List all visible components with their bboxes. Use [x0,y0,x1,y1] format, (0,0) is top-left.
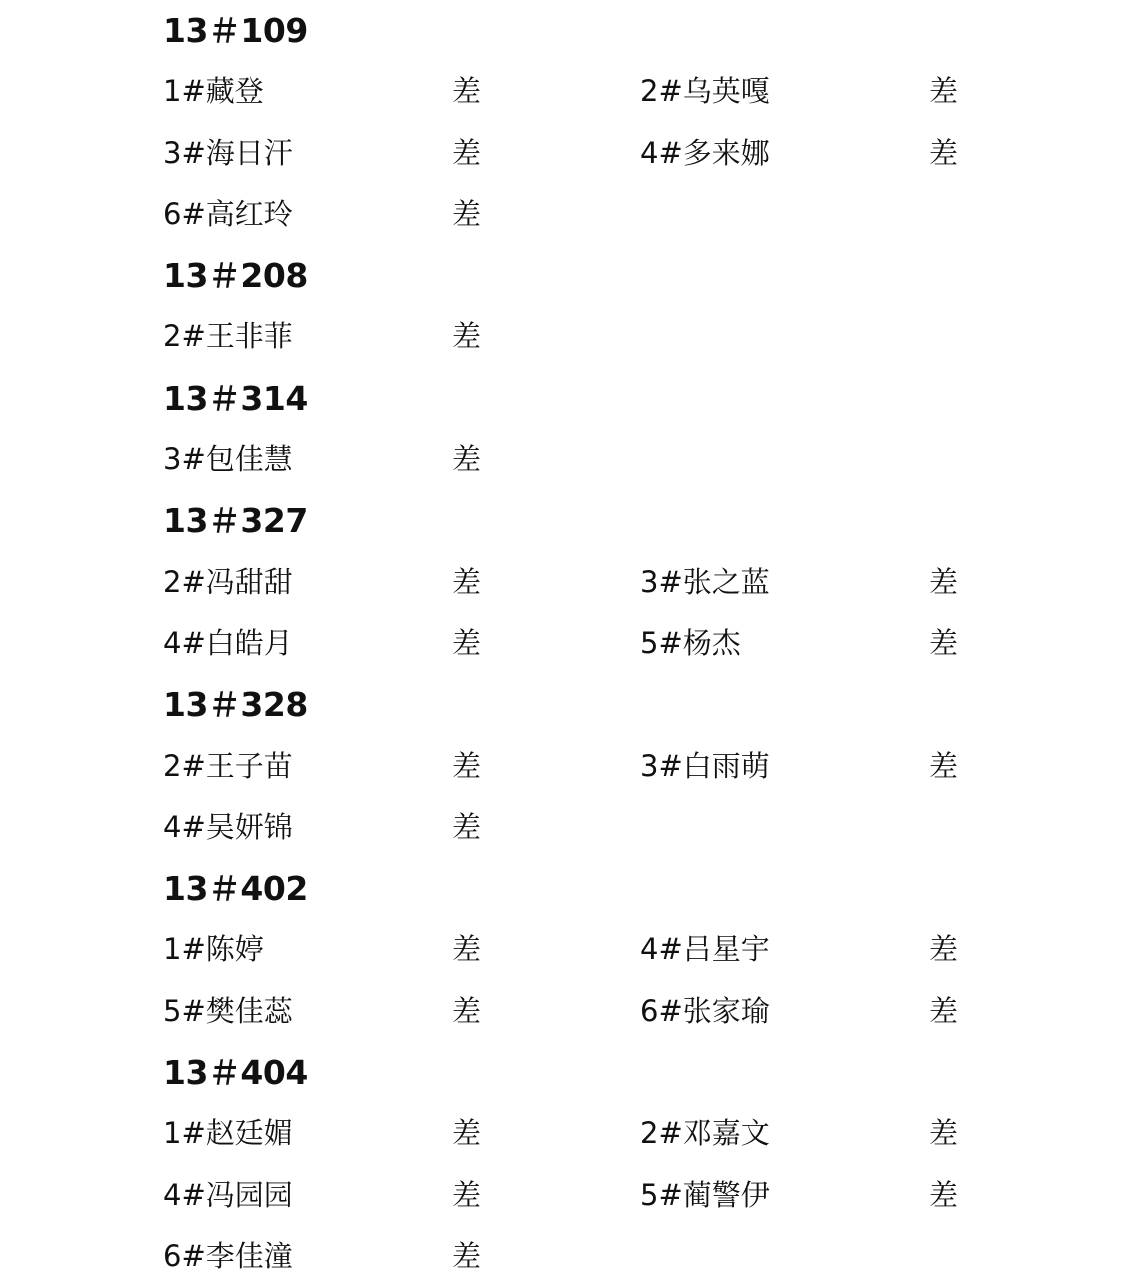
grade: 差 [452,184,481,245]
list-row: 1#赵廷媚 差 2#邓嘉文 差 [163,1103,1063,1164]
grade: 差 [452,981,481,1042]
grade: 差 [452,1226,481,1281]
grade: 差 [452,429,481,490]
list-row: 4#吴妍锦 差 [163,797,1063,858]
student-name: 2#乌英嘎 [640,61,770,122]
student-name: 4#多来娜 [640,123,770,184]
student-name: 2#邓嘉文 [640,1103,770,1164]
student-name: 3#白雨萌 [640,736,770,797]
list-row: 1#陈婷 差 4#吕星宇 差 [163,919,1063,980]
list-row: 2#王子苗 差 3#白雨萌 差 [163,736,1063,797]
grade: 差 [929,123,958,184]
grade: 差 [452,919,481,980]
room-heading: 13＃314 [163,368,1063,429]
grade: 差 [929,919,958,980]
student-name: 4#白皓月 [163,613,293,674]
list-row: 6#高红玲 差 [163,184,1063,245]
list-row: 4#白皓月 差 5#杨杰 差 [163,613,1063,674]
list-row: 3#包佳慧 差 [163,429,1063,490]
grade: 差 [929,1165,958,1226]
room-heading: 13＃402 [163,858,1063,919]
list-row: 4#冯园园 差 5#蔺警伊 差 [163,1165,1063,1226]
room-heading: 13＃208 [163,245,1063,306]
list-row: 2#王非菲 差 [163,306,1063,367]
student-name: 1#藏登 [163,61,264,122]
list-row: 1#藏登 差 2#乌英嘎 差 [163,61,1063,122]
grade: 差 [452,123,481,184]
grade: 差 [929,61,958,122]
student-name: 6#李佳潼 [163,1226,293,1281]
student-name: 2#王非菲 [163,306,293,367]
student-name: 6#张家瑜 [640,981,770,1042]
room-heading: 13＃327 [163,490,1063,551]
grade: 差 [452,306,481,367]
student-name: 3#海日汗 [163,123,293,184]
list-row: 5#樊佳蕊 差 6#张家瑜 差 [163,981,1063,1042]
grade: 差 [452,61,481,122]
student-name: 5#樊佳蕊 [163,981,293,1042]
student-name: 2#冯甜甜 [163,552,293,613]
room-heading: 13＃328 [163,674,1063,735]
dormitory-inspection-list: 13＃109 1#藏登 差 2#乌英嘎 差 3#海日汗 差 4#多来娜 差 6#… [163,0,1063,1281]
student-name: 1#陈婷 [163,919,264,980]
grade: 差 [929,981,958,1042]
student-name: 4#吴妍锦 [163,797,293,858]
student-name: 4#吕星宇 [640,919,770,980]
student-name: 4#冯园园 [163,1165,293,1226]
grade: 差 [452,613,481,674]
grade: 差 [929,736,958,797]
student-name: 5#杨杰 [640,613,741,674]
grade: 差 [452,1103,481,1164]
grade: 差 [452,552,481,613]
student-name: 5#蔺警伊 [640,1165,770,1226]
grade: 差 [929,613,958,674]
grade: 差 [929,1103,958,1164]
list-row: 6#李佳潼 差 [163,1226,1063,1281]
room-heading: 13＃109 [163,0,1063,61]
student-name: 1#赵廷媚 [163,1103,293,1164]
grade: 差 [452,797,481,858]
grade: 差 [929,552,958,613]
grade: 差 [452,1165,481,1226]
student-name: 2#王子苗 [163,736,293,797]
student-name: 6#高红玲 [163,184,293,245]
grade: 差 [452,736,481,797]
list-row: 3#海日汗 差 4#多来娜 差 [163,123,1063,184]
list-row: 2#冯甜甜 差 3#张之蓝 差 [163,552,1063,613]
student-name: 3#张之蓝 [640,552,770,613]
student-name: 3#包佳慧 [163,429,293,490]
room-heading: 13＃404 [163,1042,1063,1103]
